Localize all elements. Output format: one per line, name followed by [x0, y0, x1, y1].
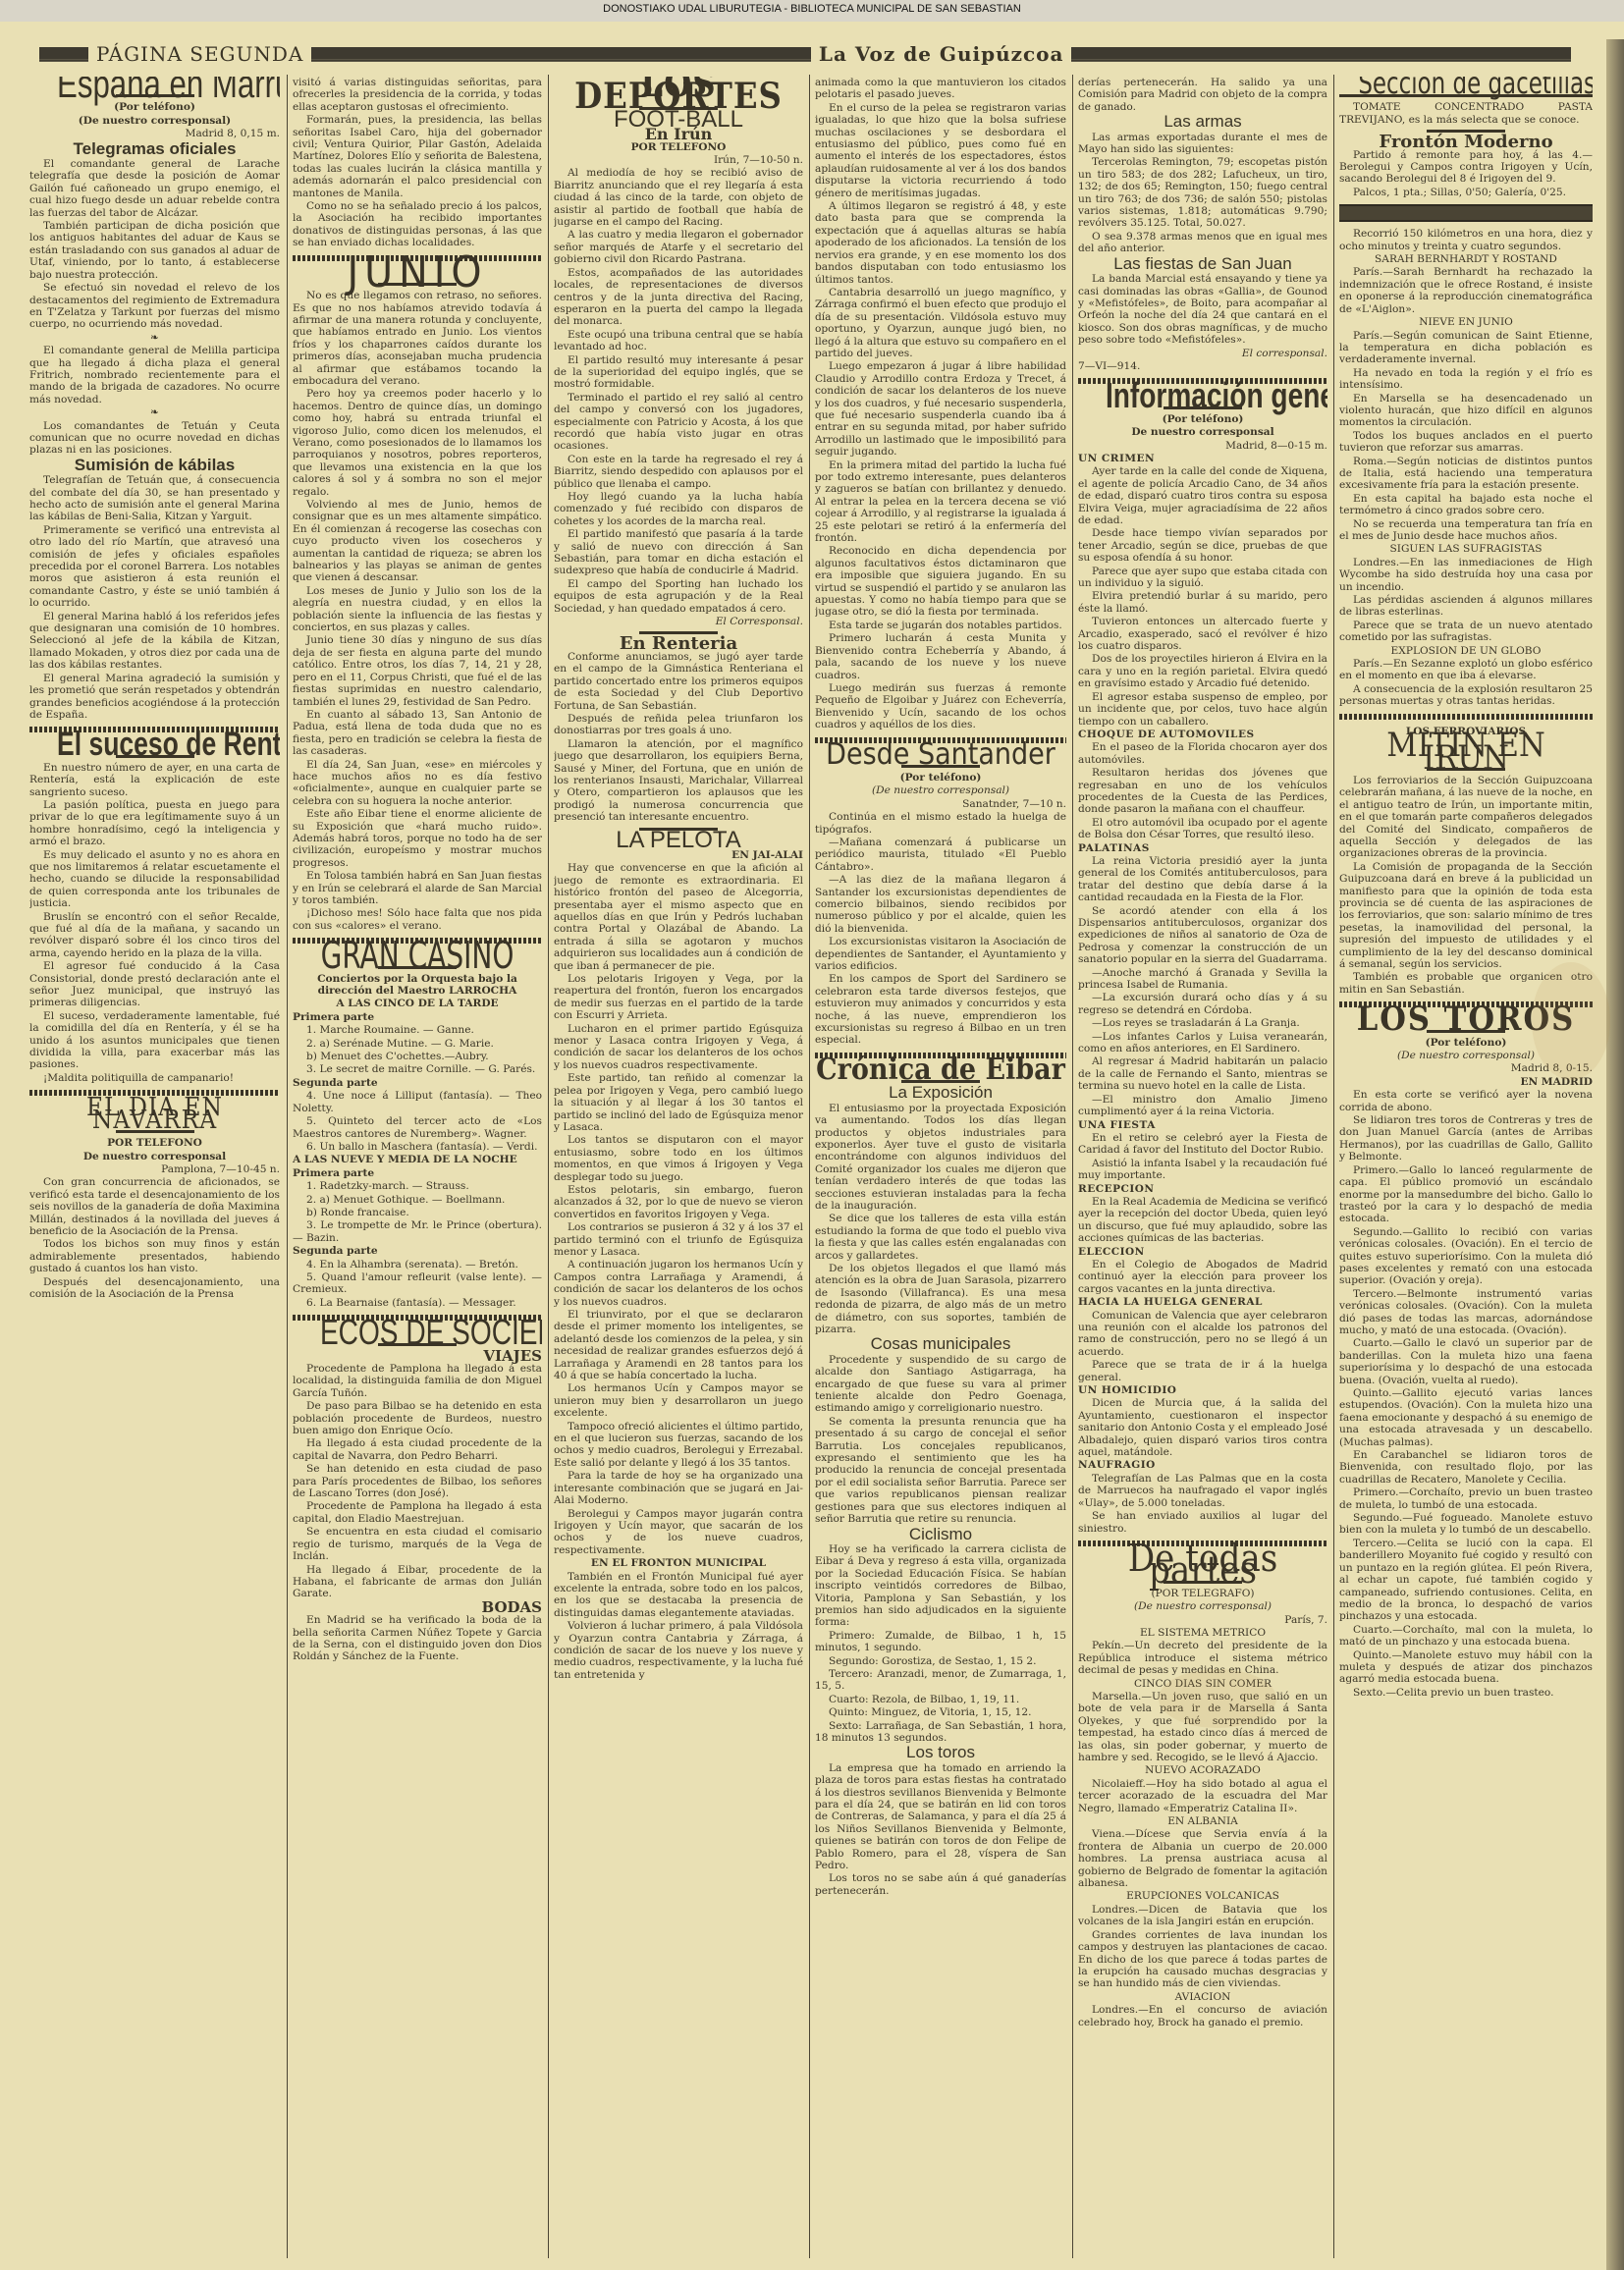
- paragraph: Berolegui y Campos mayor jugarán contra …: [554, 1508, 803, 1557]
- byline: De nuestro corresponsal: [1078, 426, 1327, 438]
- column-3: LOS DEPORTES FOOT-BALL En Irún POR TELEF…: [554, 77, 803, 2260]
- paragraph: Tercero.—Belmonte instrumentó varias ver…: [1339, 1288, 1593, 1337]
- column-5: derías pertenecerán. Ha salido ya una Co…: [1078, 77, 1327, 2260]
- paragraph: Se lidiaron tres toros de Contreras y tr…: [1339, 1114, 1593, 1163]
- list-item: 4. Une noce á Lilliput (fantasía). — The…: [293, 1090, 542, 1114]
- list-item: Segundo: Gorostiza, de Sestao, 1, 15 2.: [815, 1655, 1066, 1667]
- paragraph: O sea 9.378 armas menos que en igual mes…: [1078, 231, 1327, 255]
- list-item: 5. Quinteto del tercer acto de «Los Maes…: [293, 1115, 542, 1140]
- list-item: 6. La Bearnaise (fantasía). — Messager.: [293, 1297, 542, 1309]
- paragraph: Al regresar á Madrid habitarán un palaci…: [1078, 1055, 1327, 1092]
- article-title-los-deportes: LOS DEPORTES: [554, 79, 803, 103]
- paragraph: Los comandantes de Tetuán y Ceuta comuni…: [29, 420, 280, 457]
- byline: (De nuestro corresponsal): [1078, 1600, 1327, 1612]
- byline: (De nuestro corresponsal): [29, 115, 280, 127]
- paragraph: Viena.—Dícese que Servia envía á la fron…: [1078, 1828, 1327, 1889]
- program-list-2: 4. Une noce á Lilliput (fantasía). — The…: [293, 1090, 542, 1153]
- dateline: Sanatnder, 7—10 n.: [815, 798, 1066, 810]
- paragraph: A las cuatro y media llegaron el goberna…: [554, 229, 803, 265]
- paragraph: Las armas exportadas durante el mes de M…: [1078, 132, 1327, 156]
- byline: POR TELEFONO: [29, 1137, 280, 1149]
- paragraph: Conforme anunciamos, se jugó ayer tarde …: [554, 651, 803, 712]
- paragraph: Se han detenido en esta ciudad de paso p…: [293, 1463, 542, 1499]
- list-item: Primero: Zumalde, de Bilbao, 1 h, 15 min…: [815, 1630, 1066, 1654]
- article-title-espana-marruecos: España en Marruecos: [57, 79, 252, 90]
- paragraph: Palcos, 1 pta.; Sillas, 0'50; Galería, 0…: [1339, 187, 1593, 198]
- paragraph: Estos pelotaris, sin embargo, fueron alc…: [554, 1184, 803, 1220]
- program-list-1: 1. Marche Roumaine. — Ganne.2. a) Seréna…: [293, 1024, 542, 1076]
- paragraph: No es que llegamos con retraso, no señor…: [293, 290, 542, 387]
- paper-stain: [1159, 1669, 1276, 1728]
- subheading: Las fiestas de San Juan: [1078, 258, 1327, 270]
- cycling-results: Primero: Zumalde, de Bilbao, 1 h, 15 min…: [815, 1630, 1066, 1745]
- dateline: Madrid, 8—0-15 m.: [1078, 440, 1327, 452]
- news-heading: EL SISTEMA METRICO: [1078, 1627, 1327, 1639]
- paragraph: Hay que convencerse en que la afición al…: [554, 862, 803, 972]
- list-item: 6. Un ballo in Maschera (fantasía). — Ve…: [293, 1141, 542, 1153]
- paragraph: —Mañana comenzará á publicarse un periód…: [815, 837, 1066, 873]
- program-list-4: 4. En la Alhambra (serenata). — Bretón.5…: [293, 1259, 542, 1310]
- news-heading: EXPLOSION DE UN GLOBO: [1339, 645, 1593, 657]
- session-heading: A LAS CINCO DE LA TARDE: [293, 998, 542, 1009]
- paragraph: Procedente de Pamplona ha llegado á esta…: [293, 1363, 542, 1399]
- paragraph: Se comenta la presunta renuncia que ha p…: [815, 1416, 1066, 1526]
- paragraph: En nuestro número de ayer, en una carta …: [29, 762, 280, 798]
- list-item: 2. a) Menuet Gothique. — Boellmann.: [293, 1194, 542, 1206]
- paragraph: Asistió la infanta Isabel y la recaudaci…: [1078, 1158, 1327, 1182]
- paragraph: París.—En Sezanne explotó un globo esfér…: [1339, 658, 1593, 682]
- dateline: Pamplona, 7—10-45 n.: [29, 1163, 280, 1175]
- paragraph: ¡Maldita politiquilla de campanario!: [29, 1072, 280, 1084]
- paragraph: derías pertenecerán. Ha salido ya una Co…: [1078, 77, 1327, 113]
- paragraph: En esta capital ha bajado esta noche el …: [1339, 493, 1593, 517]
- article-title-de-todas-partes: De todas partes: [1078, 1552, 1327, 1577]
- article-title-informacion-general: Información general: [1106, 390, 1300, 402]
- masthead-rule-left: [39, 47, 88, 62]
- paragraph: Los hermanos Ucín y Campos mayor se unie…: [554, 1382, 803, 1419]
- column-4: animada como la que mantuvieron los cita…: [815, 77, 1066, 2260]
- dateline: París, 7.: [1078, 1614, 1327, 1626]
- paragraph: Es muy delicado el asunto y no es ahora …: [29, 849, 280, 910]
- paragraph: Tercero.—Celita se lució con la capa. El…: [1339, 1538, 1593, 1623]
- list-item: Tercero: Aranzadi, menor, de Zumarraga, …: [815, 1668, 1066, 1693]
- paragraph: Dos de los proyectiles hirieron á Elvira…: [1078, 653, 1327, 689]
- column-6: Sección de gacetillas TOMATE CONCENTRADO…: [1339, 77, 1593, 2260]
- paragraph: Este partido, tan reñido al comenzar la …: [554, 1072, 803, 1133]
- paragraph: El día 24, San Juan, «ese» en miércoles …: [293, 759, 542, 808]
- paragraph: TOMATE CONCENTRADO PASTA TREVIJANO, es l…: [1339, 101, 1593, 126]
- paragraph: Después del desencajonamiento, una comis…: [29, 1276, 280, 1301]
- paragraph: Grandes corrientes de lava inundan los c…: [1078, 1929, 1327, 1990]
- paragraph: Resultaron heridas dos jóvenes que regre…: [1078, 767, 1327, 816]
- paragraph: Los excursionistas visitaron la Asociaci…: [815, 936, 1066, 972]
- article-title-mitin-irun: MITIN EN IRUN: [1339, 739, 1593, 764]
- paragraph: El agresor fué conducido á la Casa Consi…: [29, 960, 280, 1009]
- paragraph: En cuanto al sábado 13, San Antonio de P…: [293, 709, 542, 758]
- byline: POR TELEFONO: [554, 141, 803, 153]
- paragraph: En el retiro se celebró ayer la Fiesta d…: [1078, 1132, 1327, 1157]
- paragraph: Desde hace tiempo vivían separados por t…: [1078, 527, 1327, 564]
- subheading: Ciclismo: [815, 1529, 1066, 1540]
- paragraph: A últimos llegaron se registró á 48, y e…: [815, 200, 1066, 286]
- paragraph: El campo del Sporting han luchado los eq…: [554, 578, 803, 615]
- paragraph: Esta tarde se jugarán dos notables parti…: [815, 620, 1066, 631]
- news-heading: UNA FIESTA: [1078, 1119, 1327, 1131]
- paragraph: Procedente de Pamplona ha llegado á esta…: [293, 1500, 542, 1525]
- paragraph: Reconocido en dicha dependencia por algu…: [815, 545, 1066, 618]
- ornament-icon: ❧: [29, 332, 280, 344]
- paragraph: Nicolaieff.—Hoy ha sido botado al agua e…: [1078, 1778, 1327, 1814]
- dateline: 7—VI—914.: [1078, 360, 1327, 372]
- paragraph: El partido manifestó que pasaría á la ta…: [554, 528, 803, 577]
- paragraph: Las pérdidas ascienden á algunos millare…: [1339, 594, 1593, 619]
- paragraph: En Tolosa también habrá en San Juan fies…: [293, 870, 542, 906]
- article-title-desde-santander: Desde Santander: [815, 749, 1066, 761]
- paragraph: En la Real Academia de Medicina se verif…: [1078, 1196, 1327, 1245]
- paragraph: Estos, acompañados de las autoridades lo…: [554, 267, 803, 328]
- subheading: Frontón Moderno: [1339, 136, 1593, 148]
- signature: El corresponsal.: [1078, 348, 1327, 359]
- paragraph: De paso para Bilbao se ha detenido en es…: [293, 1400, 542, 1436]
- list-item: 2. a) Serénade Mutine. — G. Marie.: [293, 1038, 542, 1050]
- paragraph: Londres.—Dicen de Batavia que los volcan…: [1078, 1904, 1327, 1928]
- newspaper-name: La Voz de Guipúzcoa: [819, 42, 1064, 66]
- list-item: 1. Radetzky-march. — Strauss.: [293, 1180, 542, 1192]
- paragraph: Los tantos se disputaron con el mayor en…: [554, 1134, 803, 1183]
- program-list-3: 1. Radetzky-march. — Strauss.2. a) Menue…: [293, 1180, 542, 1244]
- column-2: visitó á varias distinguidas señoritas, …: [293, 77, 542, 2260]
- dateline: Irún, 7—10-50 n.: [554, 154, 803, 166]
- list-item: Cuarto: Rezola, de Bilbao, 1, 19, 11.: [815, 1694, 1066, 1705]
- paragraph: También participan de dicha posición que…: [29, 220, 280, 281]
- part-label: Primera parte: [293, 1011, 542, 1023]
- column-1: España en Marruecos (Por teléfono) (De n…: [29, 77, 280, 2260]
- paragraph: Los ferroviarios de la Sección Guipuzcoa…: [1339, 775, 1593, 860]
- page-binding-edge: [1606, 39, 1624, 2270]
- paragraph: Parece que ayer supo que estaba citada c…: [1078, 566, 1327, 590]
- paragraph: En la primera mitad del partido la lucha…: [815, 459, 1066, 545]
- paragraph: Este año Eibar tiene el enorme aliciente…: [293, 808, 542, 869]
- paragraph: La Comisión de propaganda de la Sección …: [1339, 861, 1593, 971]
- news-heading: SIGUEN LAS SUFRAGISTAS: [1339, 543, 1593, 555]
- paragraph: Los pelotaris Irigoyen y Vega, por la re…: [554, 973, 803, 1022]
- byline: De nuestro corresponsal: [29, 1151, 280, 1162]
- list-item: 4. En la Alhambra (serenata). — Bretón.: [293, 1259, 542, 1270]
- ornament-icon: ❧: [29, 406, 280, 418]
- paragraph: animada como la que mantuvieron los cita…: [815, 77, 1066, 101]
- paragraph: El partido resultó muy interesante á pes…: [554, 354, 803, 391]
- paragraph: A consecuencia de la explosión resultaro…: [1339, 683, 1593, 708]
- paragraph: Primeramente se verificó una entrevista …: [29, 524, 280, 610]
- news-heading: PALATINAS: [1078, 842, 1327, 854]
- paragraph: Todos los buques anclados en el puerto t…: [1339, 430, 1593, 455]
- news-heading: UN HOMICIDIO: [1078, 1384, 1327, 1396]
- paragraph: Se han enviado auxilios al lugar del sin…: [1078, 1510, 1327, 1535]
- page-label: PÁGINA SEGUNDA: [96, 42, 303, 66]
- masthead-rule-middle: [311, 47, 811, 62]
- paragraph: París.—Según comunican de Saint Etienne,…: [1339, 330, 1593, 366]
- paragraph: Quinto.—Gallito ejecutó varias lances es…: [1339, 1387, 1593, 1448]
- paragraph: También en el Frontón Municipal fué ayer…: [554, 1571, 803, 1620]
- paragraph: Se efectuó sin novedad el relevo de los …: [29, 282, 280, 331]
- part-label: Segunda parte: [293, 1245, 542, 1257]
- paragraph: —Los reyes se trasladarán á La Granja.: [1078, 1017, 1327, 1029]
- paragraph: Comunican de Valencia que ayer celebraro…: [1078, 1310, 1327, 1359]
- column-rule: [548, 75, 549, 2258]
- paragraph: Primero lucharán á cesta Munita y Bienve…: [815, 632, 1066, 681]
- part-label: Primera parte: [293, 1167, 542, 1179]
- paragraph: —La excursión durará ocho días y á su re…: [1078, 992, 1327, 1016]
- paragraph: Para la tarde de hoy se ha organizado un…: [554, 1470, 803, 1506]
- paragraph: Segundo.—Fué fogueado. Manolete estuvo b…: [1339, 1512, 1593, 1537]
- news-heading: CHOQUE DE AUTOMOVILES: [1078, 729, 1327, 740]
- news-heading: EN ALBANIA: [1078, 1815, 1327, 1827]
- subheading: Telegramas oficiales: [29, 143, 280, 155]
- paragraph: En los campos de Sport del Sardinero se …: [815, 973, 1066, 1046]
- subheading: Sumisión de kábilas: [29, 459, 280, 471]
- paragraph: Lucharon en el primer partido Egúsquiza …: [554, 1023, 803, 1072]
- news-heading: EN MADRID: [1339, 1076, 1593, 1088]
- paragraph: Dicen de Murcia que, á la salida del Ayu…: [1078, 1397, 1327, 1458]
- news-heading: ERUPCIONES VOLCANICAS: [1078, 1890, 1327, 1902]
- news-heading: HACIA LA HUELGA GENERAL: [1078, 1296, 1327, 1308]
- column-rule: [287, 75, 288, 2258]
- paragraph: El entusiasmo por la proyectada Exposici…: [815, 1103, 1066, 1213]
- subheading: En Renteria: [554, 638, 803, 650]
- paragraph: Cuarto.—Gallo le clavó un superior par d…: [1339, 1337, 1593, 1386]
- paragraph: Parece que se trata de un nuevo atentado…: [1339, 620, 1593, 644]
- article-title-seccion-gacetillas: Sección de gacetillas: [1358, 79, 1573, 90]
- paragraph: El triunvirato, por el que se declararon…: [554, 1309, 803, 1381]
- paragraph: Terminado el partido el rey salió al cen…: [554, 392, 803, 453]
- subheading: En Irún: [554, 129, 803, 140]
- thick-divider: [1339, 204, 1593, 222]
- paragraph: Sexto.—Celita previo un buen trasteo.: [1339, 1687, 1593, 1699]
- paragraph: Telegrafían de Tetuán que, á consecuenci…: [29, 474, 280, 523]
- paragraph: De los objetos llegados el que llamó más…: [815, 1263, 1066, 1335]
- paragraph: A continuación jugaron los hermanos Ucín…: [554, 1259, 803, 1308]
- list-item: Sexto: Larrañaga, de San Sebastián, 1 ho…: [815, 1720, 1066, 1745]
- paragraph: Llamaron la atención, por el magnífico j…: [554, 738, 803, 824]
- paragraph: Cuarto.—Corchaíto, mal con la muleta, lo…: [1339, 1624, 1593, 1648]
- article-title-dia-navarra: EL DIA EN NAVARRA: [29, 1102, 280, 1126]
- paragraph: Este ocupó una tribuna central que se ha…: [554, 329, 803, 353]
- paragraph: Bruslín se encontró con el señor Recalde…: [29, 911, 280, 960]
- paragraph: Ayer tarde en la calle del conde de Xiqu…: [1078, 465, 1327, 526]
- subheading: EN EL FRONTON MUNICIPAL: [554, 1557, 803, 1569]
- session-heading: A LAS NUEVE Y MEDIA DE LA NOCHE: [293, 1154, 542, 1165]
- subheading: La Exposición: [815, 1087, 1066, 1099]
- paragraph: Volvieron á luchar primero, á pala Vildó…: [554, 1620, 803, 1681]
- paragraph: Los meses de Junio y Julio son los de la…: [293, 585, 542, 634]
- paragraph: El general Marina habló á los referidos …: [29, 611, 280, 672]
- paragraph: La banda Marcial está ensayando y tiene …: [1078, 273, 1327, 346]
- paragraph: Todos los bichos son muy finos y están a…: [29, 1238, 280, 1274]
- paragraph: Se encuentra en esta ciudad el comisario…: [293, 1526, 542, 1562]
- byline: (De nuestro corresponsal): [815, 784, 1066, 796]
- paragraph: Luego empezaron á jugar á libre habilida…: [815, 360, 1066, 458]
- paragraph: En Madrid se ha verificado la boda de la…: [293, 1614, 542, 1663]
- paragraph: Con este en la tarde ha regresado el rey…: [554, 454, 803, 490]
- news-heading: UN CRIMEN: [1078, 453, 1327, 464]
- list-item: 3. Le trompette de Mr. le Prince (obertu…: [293, 1219, 542, 1244]
- paragraph: —Anoche marchó á Granada y Sevilla la pr…: [1078, 967, 1327, 992]
- paragraph: Ha nevado en toda la región y el frío es…: [1339, 367, 1593, 392]
- paragraph: Como no se ha señalado precio á los palc…: [293, 200, 542, 249]
- paragraph: Londres.—En las inmediaciones de High Wy…: [1339, 557, 1593, 593]
- paragraph: Hoy llegó cuando ya la lucha había comen…: [554, 491, 803, 527]
- paragraph: Primero.—Corchaíto, previo un buen trast…: [1339, 1486, 1593, 1511]
- news-heading: NIEVE EN JUNIO: [1339, 316, 1593, 328]
- list-item: b) Ronde francaise.: [293, 1207, 542, 1218]
- paragraph: En esta corte se verificó ayer la novena…: [1339, 1089, 1593, 1113]
- byline: (Por teléfono): [815, 772, 1066, 784]
- paragraph: El comandante general de Larache telegra…: [29, 158, 280, 219]
- paragraph: En el curso de la pelea se registraron v…: [815, 102, 1066, 199]
- paragraph: Ha llegado á Eibar, procedente de la Hab…: [293, 1564, 542, 1600]
- paragraph: Con gran concurrencia de aficionados, se…: [29, 1176, 280, 1237]
- paragraph: París.—Sarah Bernhardt ha rechazado la i…: [1339, 266, 1593, 315]
- column-rule: [1072, 75, 1073, 2258]
- list-item: 3. Le secret de maitre Cornille. — G. Pa…: [293, 1063, 542, 1075]
- news-heading: NUEVO ACORAZADO: [1078, 1764, 1327, 1776]
- paragraph: Cantabria desarrolló un juego magnífico,…: [815, 287, 1066, 359]
- paragraph: Segundo.—Gallito lo recibió con varias v…: [1339, 1226, 1593, 1287]
- paragraph: En el Colegio de Abogados de Madrid cont…: [1078, 1259, 1327, 1295]
- article-title-ecos-sociedad: ECOS DE SOCIEDAD: [320, 1326, 514, 1338]
- subheading: BODAS: [293, 1601, 542, 1613]
- paragraph: Telegrafían de Las Palmas que en la cost…: [1078, 1473, 1327, 1509]
- paragraph: Roma.—Según noticias de distintos puntos…: [1339, 456, 1593, 492]
- paragraph: Al mediodía de hoy se recibió aviso de B…: [554, 167, 803, 228]
- article-title-junio: JUNIO: [293, 267, 542, 279]
- paragraph: La empresa que ha tomado en arriendo la …: [815, 1762, 1066, 1872]
- paragraph: Parece que se trata de ir á la huelga ge…: [1078, 1359, 1327, 1383]
- paragraph: Londres.—En el concurso de aviación cele…: [1078, 2004, 1327, 2028]
- paragraph: La reina Victoria presidió ayer la junta…: [1078, 855, 1327, 904]
- article-title-gran-casino: GRAN CASINO: [315, 949, 519, 961]
- list-item: b) Menuet des C'ochettes.—Aubry.: [293, 1051, 542, 1062]
- paragraph: Los contrarios se pusieron á 32 y á los …: [554, 1221, 803, 1258]
- paragraph: Tercerolas Remington, 79; escopetas pist…: [1078, 156, 1327, 229]
- news-heading: AVIACION: [1078, 1991, 1327, 2003]
- paragraph: No se recuerda una temperatura tan fría …: [1339, 518, 1593, 543]
- ornamental-divider: [1339, 714, 1593, 720]
- subheading: Cosas municipales: [815, 1338, 1066, 1350]
- paragraph: Junio tiene 30 días y ninguno de sus día…: [293, 634, 542, 707]
- paragraph: En Marsella se ha desencadenado un viole…: [1339, 393, 1593, 429]
- news-heading: NAUFRAGIO: [1078, 1459, 1327, 1471]
- paragraph: Continúa en el mismo estado la huelga de…: [815, 811, 1066, 836]
- news-heading: RECEPCION: [1078, 1183, 1327, 1195]
- paragraph: Elvira pretendió burlar á su marido, per…: [1078, 590, 1327, 615]
- article-title-cronica-eibar: Crónica de Eibar: [815, 1064, 1066, 1076]
- paragraph: Tuvieron entonces un altercado fuerte y …: [1078, 616, 1327, 652]
- paragraph: Se acordó atender con ella á los Dispens…: [1078, 905, 1327, 966]
- paragraph: ¡Dichoso mes! Sólo hace falta que nos pi…: [293, 907, 542, 932]
- paragraph: Primero.—Gallo lo lanceó regularmente de…: [1339, 1164, 1593, 1225]
- paragraph: Volviendo al mes de Junio, hemos de cons…: [293, 499, 542, 584]
- paragraph: La pasión política, puesta en juego para…: [29, 799, 280, 848]
- paragraph: —El ministro don Amalio Jimeno cumplimen…: [1078, 1094, 1327, 1118]
- byline: (POR TELEGRAFO): [1078, 1588, 1327, 1599]
- subheading: Las armas: [1078, 116, 1327, 128]
- list-item: 5. Quand l'amour refleurit (valse lente)…: [293, 1271, 542, 1296]
- paragraph: El general Marina agradeció la sumisión …: [29, 673, 280, 722]
- paragraph: En Carabanchel se lidiaron toros de Bien…: [1339, 1449, 1593, 1486]
- subheading: LA PELOTA: [554, 835, 803, 846]
- list-item: 1. Marche Roumaine. — Ganne.: [293, 1024, 542, 1036]
- paragraph: El agresor estaba suspenso de empleo, po…: [1078, 691, 1327, 728]
- masthead: PÁGINA SEGUNDA La Voz de Guipúzcoa: [39, 41, 1571, 67]
- paper-stain: [1532, 962, 1610, 1080]
- paragraph: En el paseo de la Florida chocaron ayer …: [1078, 741, 1327, 766]
- news-heading: ELECCION: [1078, 1246, 1327, 1258]
- column-rule: [1333, 75, 1334, 2258]
- paragraph: Los toros no se sabe aún á qué ganadería…: [815, 1872, 1066, 1897]
- article-title-suceso-renteria: El suceso de Rentería: [57, 738, 252, 750]
- paragraph: Después de reñida pelea triunfaron los d…: [554, 713, 803, 737]
- paragraph: Procedente y suspendido de su cargo de a…: [815, 1354, 1066, 1415]
- paragraph: El otro automóvil iba ocupado por el age…: [1078, 817, 1327, 841]
- paragraph: Partido á remonte para hoy, á las 4.— Be…: [1339, 149, 1593, 186]
- paragraph: —A las diez de la mañana llegaron á Sant…: [815, 874, 1066, 935]
- subheading: Los toros: [815, 1747, 1066, 1758]
- paragraph: visitó á varias distinguidas señoritas, …: [293, 77, 542, 113]
- dateline: Madrid 8, 0,15 m.: [29, 128, 280, 139]
- paragraph: Se dice que los talleres de esta villa e…: [815, 1213, 1066, 1262]
- paragraph: El suceso, verdaderamente lamentable, fu…: [29, 1010, 280, 1071]
- news-heading: SARAH BERNHARDT Y ROSTAND: [1339, 253, 1593, 265]
- paragraph: Luego medirán sus fuerzas á remonte Pequ…: [815, 682, 1066, 731]
- part-label: Segunda parte: [293, 1077, 542, 1089]
- paragraph: Recorrió 150 kilómetros en una hora, die…: [1339, 228, 1593, 252]
- column-rule: [809, 75, 810, 2258]
- paragraph: Hoy se ha verificado la carrera ciclista…: [815, 1543, 1066, 1629]
- list-item: Quinto: Minguez, de Vitoria, 1, 15, 12.: [815, 1706, 1066, 1718]
- signature: El Corresponsal.: [554, 616, 803, 627]
- masthead-rule-right: [1071, 47, 1571, 62]
- paragraph: Formarán, pues, la presidencia, las bell…: [293, 114, 542, 199]
- archive-label: DONOSTIAKO UDAL LIBURUTEGIA - BIBLIOTECA…: [0, 3, 1624, 15]
- paragraph: —Los infantes Carlos y Luisa veranearán,…: [1078, 1031, 1327, 1055]
- paragraph: Pero hoy ya creemos poder hacerlo y lo h…: [293, 388, 542, 498]
- paragraph: El comandante general de Melilla partici…: [29, 345, 280, 405]
- paragraph: Ha llegado á esta ciudad procedente de l…: [293, 1437, 542, 1462]
- paragraph: Tampoco ofreció alicientes el último par…: [554, 1421, 803, 1470]
- paragraph: Quinto.—Manolete estuvo muy hábil con la…: [1339, 1649, 1593, 1686]
